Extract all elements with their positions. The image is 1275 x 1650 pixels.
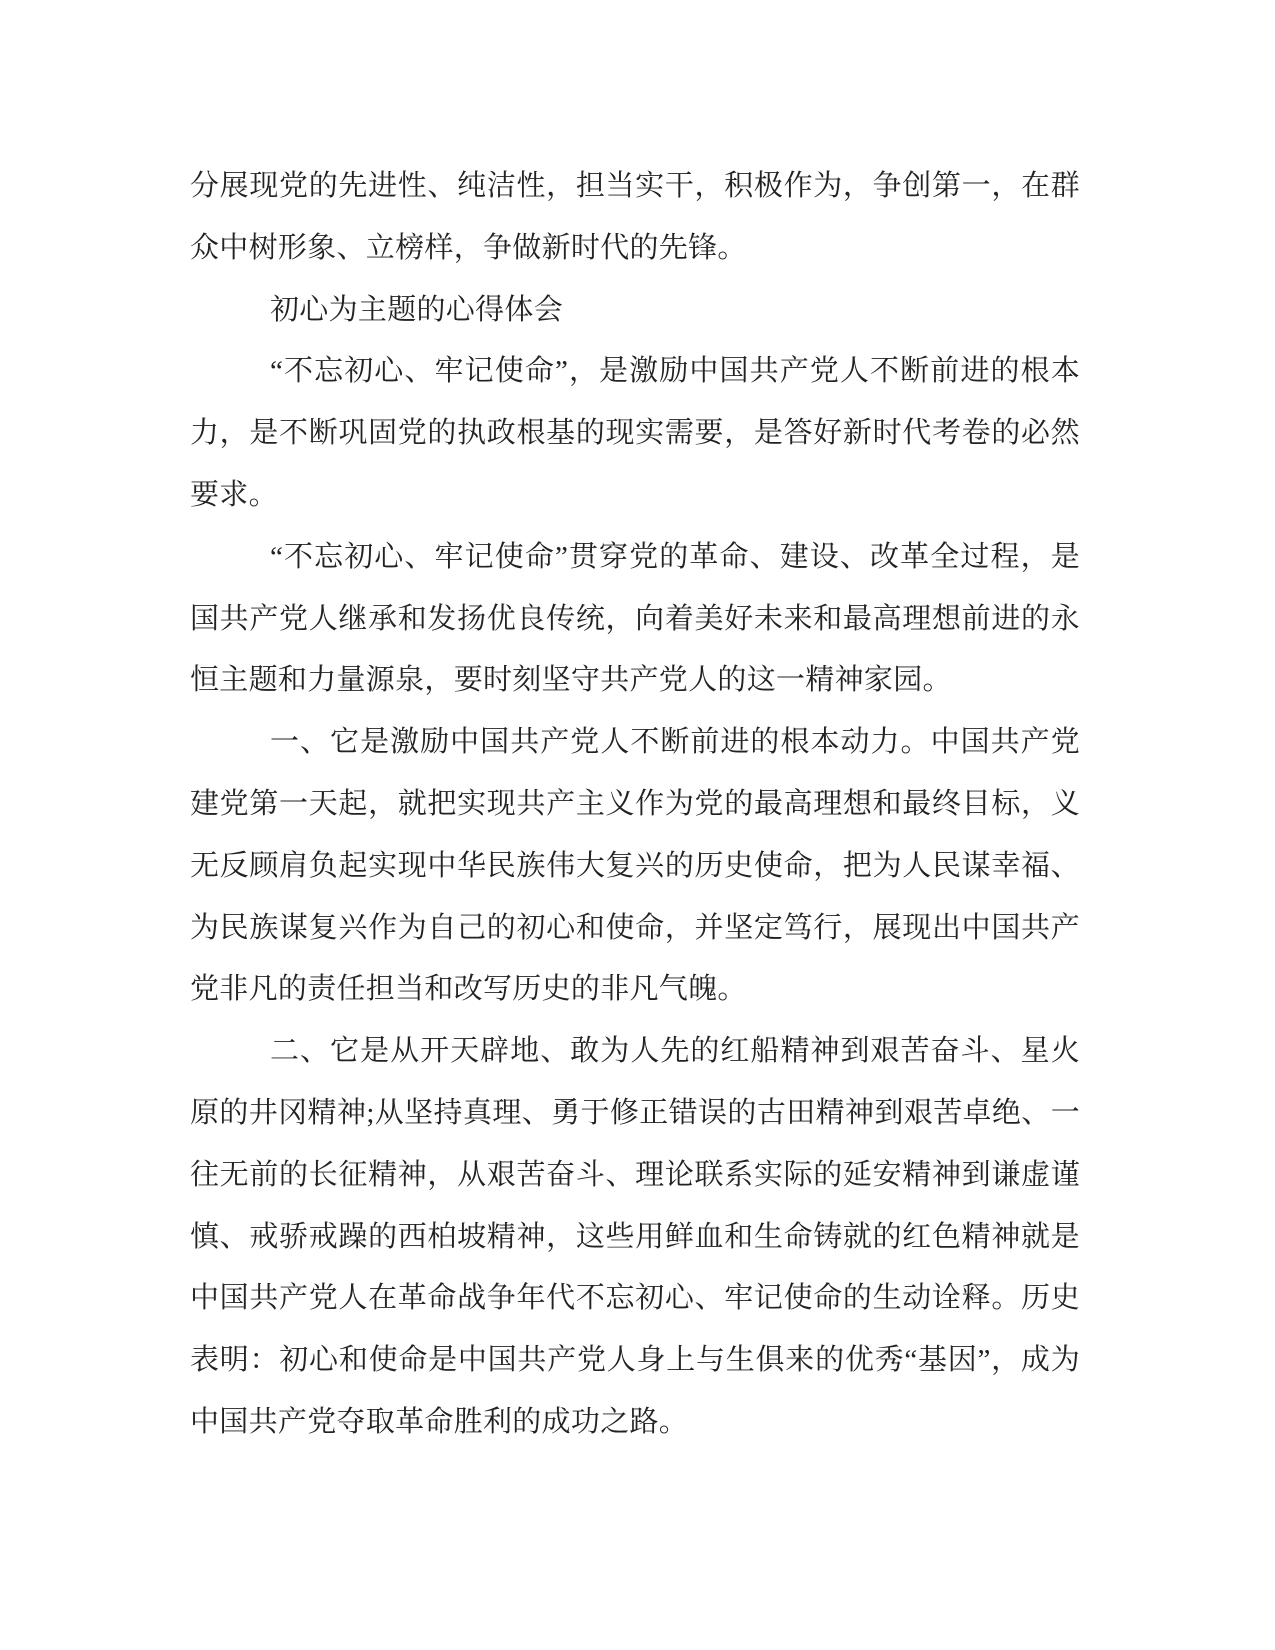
text-line: “不忘初心、牢记使命”，是激励中国共产党人不断前进的根本动 <box>190 341 1080 403</box>
text-line: 表明：初心和使命是中国共产党人身上与生俱来的优秀“基因”，成为 <box>190 1330 1080 1392</box>
text-line: 慎、戒骄戒躁的西柏坡精神，这些用鲜血和生命铸就的红色精神就是 <box>190 1207 1080 1269</box>
text-line: 众中树形象、立榜样，争做新时代的先锋。 <box>190 218 1080 280</box>
paragraph: 二、它是从开天辟地、敢为人先的红船精神到艰苦奋斗、星火燎原的井冈精神;从坚持真理… <box>190 1021 1080 1454</box>
paragraph: 初心为主题的心得体会 <box>190 280 1080 342</box>
text-line: 中国共产党人在革命战争年代不忘初心、牢记使命的生动诠释。历史 <box>190 1268 1080 1330</box>
text-line: 往无前的长征精神，从艰苦奋斗、理论联系实际的延安精神到谦虚谨 <box>190 1145 1080 1207</box>
text-line: 党非凡的责任担当和改写历史的非凡气魄。 <box>190 959 1080 1021</box>
text-line: 国共产党人继承和发扬优良传统，向着美好未来和最高理想前进的永 <box>190 589 1080 651</box>
text-line: 恒主题和力量源泉，要时刻坚守共产党人的这一精神家园。 <box>190 650 1080 712</box>
text-line: “不忘初心、牢记使命”贯穿党的革命、建设、改革全过程，是中 <box>190 527 1080 589</box>
text-line: 无反顾肩负起实现中华民族伟大复兴的历史使命，把为人民谋幸福、 <box>190 836 1080 898</box>
text-line: 二、它是从开天辟地、敢为人先的红船精神到艰苦奋斗、星火燎 <box>190 1021 1080 1083</box>
text-line: 要求。 <box>190 465 1080 527</box>
paragraph: “不忘初心、牢记使命”贯穿党的革命、建设、改革全过程，是中国共产党人继承和发扬优… <box>190 527 1080 712</box>
text-line: 中国共产党夺取革命胜利的成功之路。 <box>190 1392 1080 1454</box>
text-line: 为民族谋复兴作为自己的初心和使命，并坚定笃行，展现出中国共产 <box>190 898 1080 960</box>
text-line: 分展现党的先进性、纯洁性，担当实干，积极作为，争创第一，在群 <box>190 156 1080 218</box>
paragraph: “不忘初心、牢记使命”，是激励中国共产党人不断前进的根本动力，是不断巩固党的执政… <box>190 341 1080 526</box>
text-line: 建党第一天起，就把实现共产主义作为党的最高理想和最终目标，义 <box>190 774 1080 836</box>
paragraph: 分展现党的先进性、纯洁性，担当实干，积极作为，争创第一，在群众中树形象、立榜样，… <box>190 156 1080 280</box>
paragraph: 一、它是激励中国共产党人不断前进的根本动力。中国共产党从建党第一天起，就把实现共… <box>190 712 1080 1021</box>
document-page: 分展现党的先进性、纯洁性，担当实干，积极作为，争创第一，在群众中树形象、立榜样，… <box>0 0 1275 1650</box>
text-line: 一、它是激励中国共产党人不断前进的根本动力。中国共产党从 <box>190 712 1080 774</box>
text-line: 原的井冈精神;从坚持真理、勇于修正错误的古田精神到艰苦卓绝、一 <box>190 1083 1080 1145</box>
text-line: 力，是不断巩固党的执政根基的现实需要，是答好新时代考卷的必然 <box>190 403 1080 465</box>
text-line: 初心为主题的心得体会 <box>190 280 1080 342</box>
document-text: 分展现党的先进性、纯洁性，担当实干，积极作为，争创第一，在群众中树形象、立榜样，… <box>190 156 1080 1454</box>
